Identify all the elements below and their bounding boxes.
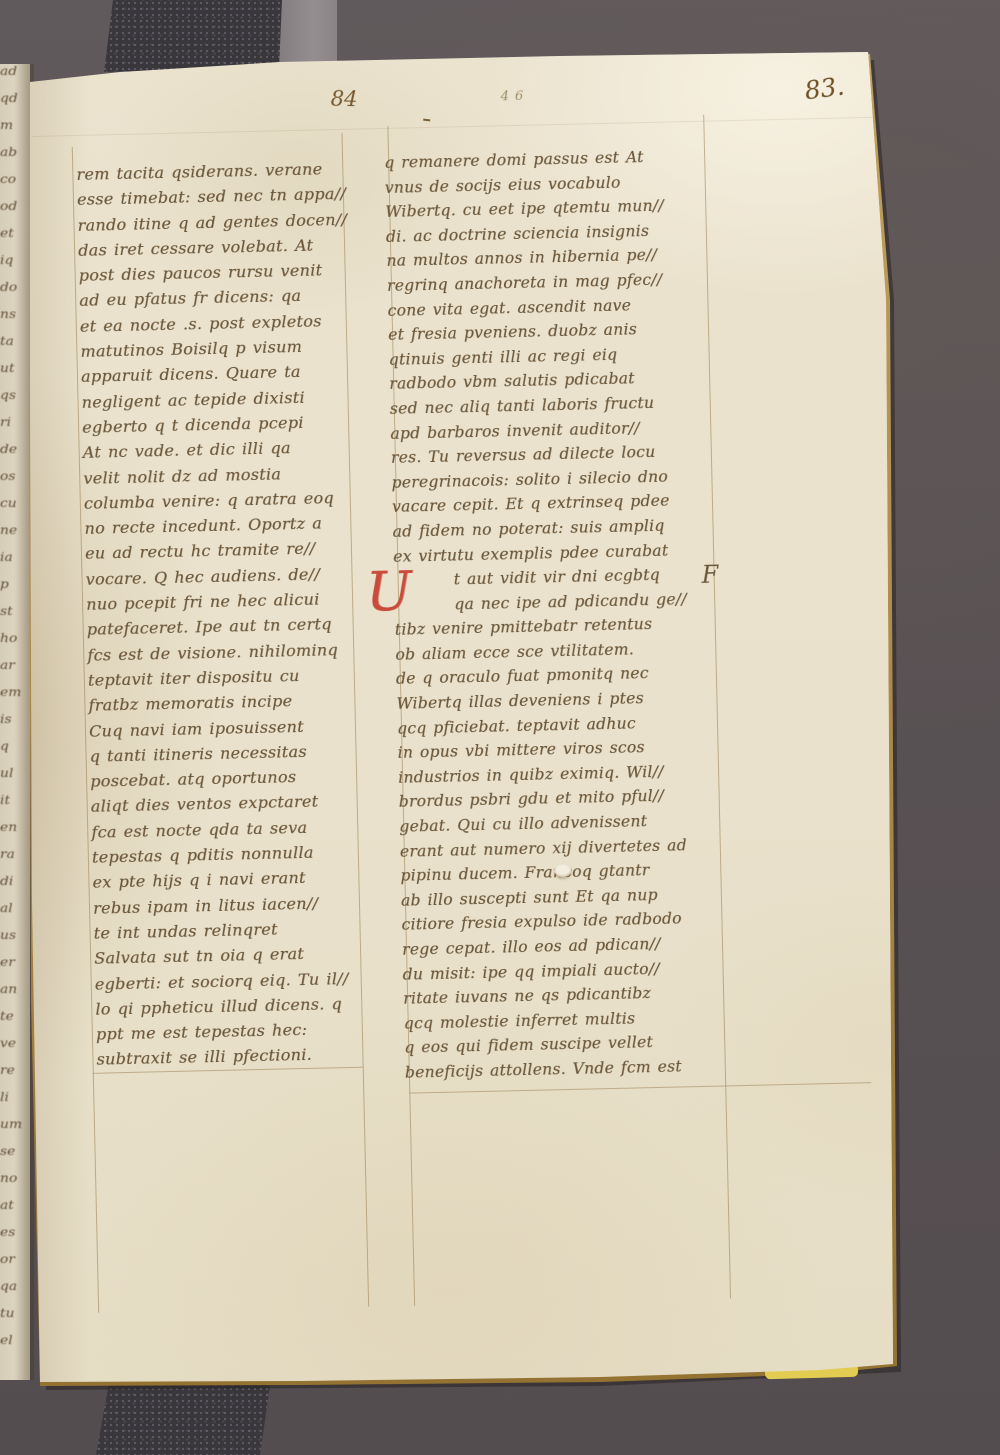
margin-paraph-mark: F bbox=[701, 561, 718, 589]
rubricated-initial: U bbox=[365, 565, 424, 622]
text-column-left: rem tacita qsiderans. veraneesse timebat… bbox=[76, 159, 373, 1076]
text-column-right: q remanere domi passus est Atvnus de soc… bbox=[384, 146, 739, 1088]
gutter-shadow bbox=[0, 64, 34, 1380]
folio-number-left: 84 bbox=[330, 86, 357, 111]
manuscript-photo: adqdmabcoodetiqdonstautqsrideoscuneiapst… bbox=[0, 0, 1000, 1455]
quire-mark-center: 46 bbox=[501, 89, 530, 105]
stray-ink-mark bbox=[423, 119, 430, 122]
folio-number-right: 83. bbox=[803, 72, 846, 106]
manuscript-text-line: subtraxit se illi pfectioni. bbox=[96, 1044, 373, 1076]
cradle-clamp bbox=[279, 0, 337, 64]
writing-area: 84 46 83. rem tacita qsiderans. veranees… bbox=[30, 51, 905, 1400]
parchment-crease bbox=[31, 117, 876, 137]
